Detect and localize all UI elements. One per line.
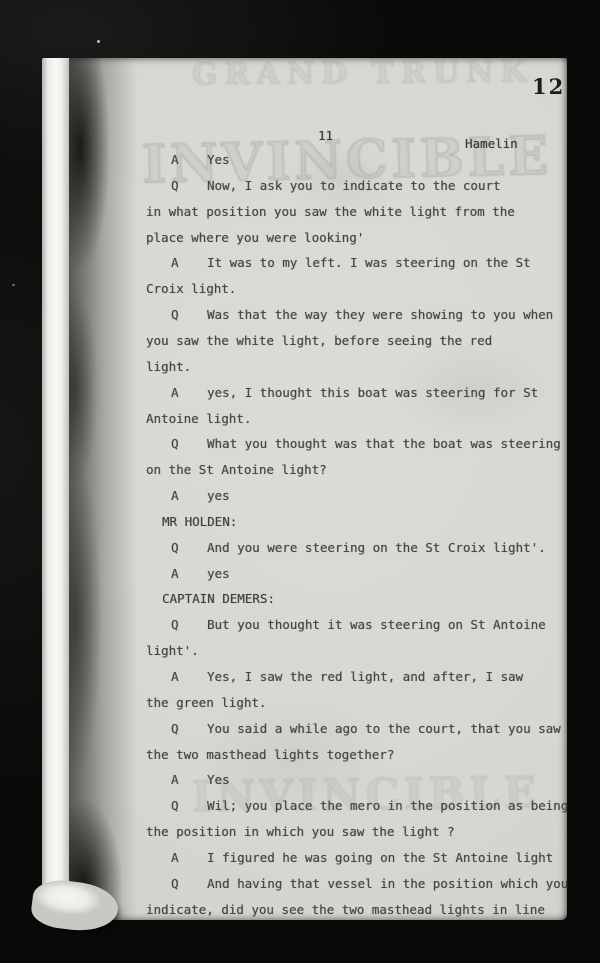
line-text: yes xyxy=(207,566,230,581)
line-text: the position in which you saw the light … xyxy=(146,824,455,839)
transcript-line: QAnd having that vessel in the position … xyxy=(171,876,568,891)
line-text: What you thought was that the boat was s… xyxy=(207,436,561,451)
line-text: And having that vessel in the position w… xyxy=(207,876,568,891)
transcript-line: on the St Antoine light? xyxy=(146,462,327,477)
transcript-line: AIt was to my left. I was steering on th… xyxy=(171,255,531,270)
line-text: in what position you saw the white light… xyxy=(146,204,515,219)
line-text: Croix light. xyxy=(146,281,236,296)
line-text: Wil; you place the mero in the position … xyxy=(207,798,568,813)
transcript-line: Ayes, I thought this boat was steering f… xyxy=(171,385,538,400)
line-text: yes, I thought this boat was steering fo… xyxy=(207,385,538,400)
transcript-line: you saw the white light, before seeing t… xyxy=(146,333,492,348)
qa-marker: A xyxy=(171,850,207,865)
transcript-line: indicate, did you see the two masthead l… xyxy=(146,902,545,917)
line-text: I figured he was going on the St Antoine… xyxy=(207,850,553,865)
dust-speck xyxy=(12,284,15,286)
line-text: yes xyxy=(207,488,230,503)
qa-marker: A xyxy=(171,566,207,581)
transcript-line: Ayes xyxy=(171,488,230,503)
transcript-line: the position in which you saw the light … xyxy=(146,824,455,839)
transcript-line: QWil; you place the mero in the position… xyxy=(171,798,568,813)
line-text: Now, I ask you to indicate to the court xyxy=(207,178,501,193)
transcript-line: AYes xyxy=(171,152,230,167)
transcript-line: QYou said a while ago to the court, that… xyxy=(171,721,561,736)
qa-marker: Q xyxy=(171,798,207,813)
qa-marker: Q xyxy=(171,876,207,891)
line-text: It was to my left. I was steering on the… xyxy=(207,255,531,270)
qa-marker: Q xyxy=(171,307,207,322)
transcript-line: QNow, I ask you to indicate to the court xyxy=(171,178,501,193)
transcript-line: QBut you thought it was steering on St A… xyxy=(171,617,546,632)
line-text: Yes xyxy=(207,152,230,167)
line-text: You said a while ago to the court, that … xyxy=(207,721,561,736)
transcript-line: QAnd you were steering on the St Croix l… xyxy=(171,540,546,555)
transcript-line: AYes xyxy=(171,772,230,787)
line-text: Yes, I saw the red light, and after, I s… xyxy=(207,669,523,684)
line-text: place where you were looking' xyxy=(146,230,364,245)
line-text: MR HOLDEN: xyxy=(162,514,237,529)
line-text: Was that the way they were showing to yo… xyxy=(207,307,553,322)
line-text: on the St Antoine light? xyxy=(146,462,327,477)
qa-marker: A xyxy=(171,385,207,400)
qa-marker: A xyxy=(171,255,207,270)
transcript-line: Antoine light. xyxy=(146,411,251,426)
transcript-line: light'. xyxy=(146,643,199,658)
qa-marker: A xyxy=(171,772,207,787)
line-text: light. xyxy=(146,359,191,374)
line-text: And you were steering on the St Croix li… xyxy=(207,540,546,555)
photo-background: GRAND TRUNK INVINCIBLE INVINCIBLE 12 11 … xyxy=(0,0,600,963)
page-left-edge xyxy=(42,58,69,920)
transcript-line: MR HOLDEN: xyxy=(162,514,237,529)
transcript-line: light. xyxy=(146,359,191,374)
line-text: indicate, did you see the two masthead l… xyxy=(146,902,545,917)
transcript-line: AI figured he was going on the St Antoin… xyxy=(171,850,553,865)
document-page: GRAND TRUNK INVINCIBLE INVINCIBLE 12 11 … xyxy=(42,58,567,920)
transcript-line: place where you were looking' xyxy=(146,230,364,245)
qa-marker: Q xyxy=(171,721,207,736)
qa-marker: Q xyxy=(171,436,207,451)
line-text: But you thought it was steering on St An… xyxy=(207,617,546,632)
line-text: the two masthead lights together? xyxy=(146,747,394,762)
transcript-line: the green light. xyxy=(146,695,266,710)
line-text: CAPTAIN DEMERS: xyxy=(162,591,275,606)
qa-marker: A xyxy=(171,669,207,684)
line-text: Antoine light. xyxy=(146,411,251,426)
qa-marker: Q xyxy=(171,178,207,193)
line-text: you saw the white light, before seeing t… xyxy=(146,333,492,348)
transcript-line: QWas that the way they were showing to y… xyxy=(171,307,553,322)
dust-speck xyxy=(97,40,100,43)
line-text: light'. xyxy=(146,643,199,658)
transcript-line: Croix light. xyxy=(146,281,236,296)
transcript-line: QWhat you thought was that the boat was … xyxy=(171,436,561,451)
qa-marker: A xyxy=(171,152,207,167)
transcript-line: in what position you saw the white light… xyxy=(146,204,515,219)
line-text: the green light. xyxy=(146,695,266,710)
line-text: Yes xyxy=(207,772,230,787)
transcript-line: the two masthead lights together? xyxy=(146,747,394,762)
binding-shadow xyxy=(68,58,152,920)
transcript-line: Ayes xyxy=(171,566,230,581)
qa-marker: Q xyxy=(171,617,207,632)
transcript-line: CAPTAIN DEMERS: xyxy=(162,591,275,606)
transcript-line: AYes, I saw the red light, and after, I … xyxy=(171,669,523,684)
qa-marker: Q xyxy=(171,540,207,555)
qa-marker: A xyxy=(171,488,207,503)
